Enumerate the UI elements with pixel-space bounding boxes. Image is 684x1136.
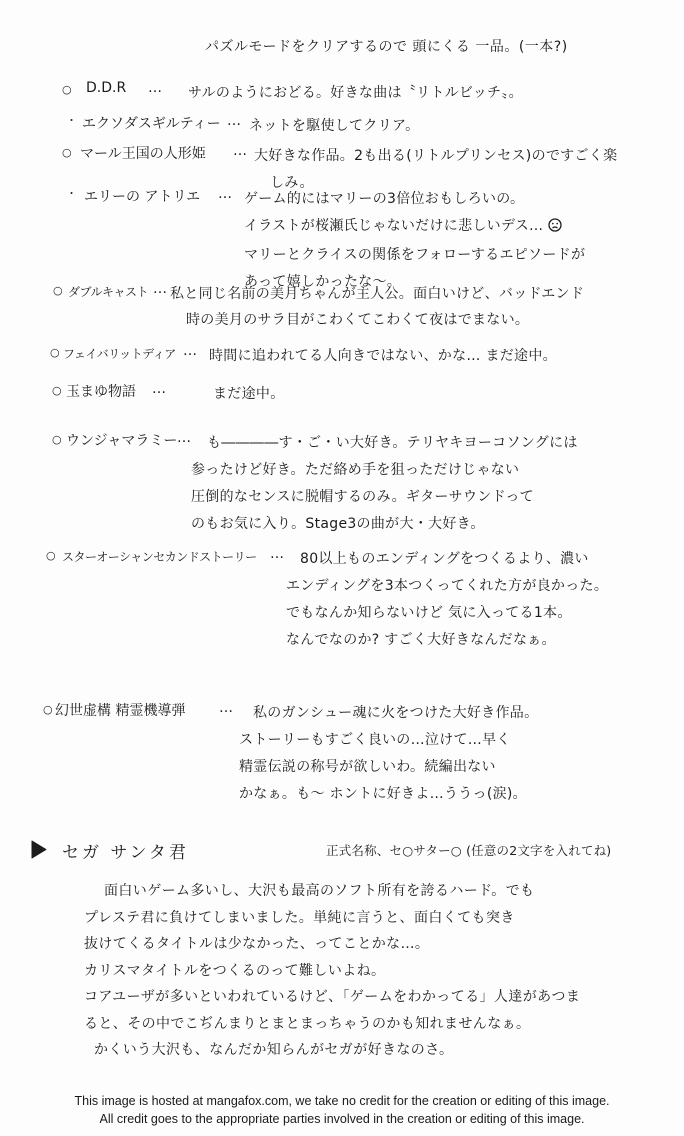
game-title: D.D.R: [86, 80, 126, 96]
game-comment-text: イラストが桜瀬氏じゃないだけに悲しいデス…: [244, 218, 543, 234]
game-comment-line: 精霊伝説の称号が欲しいわ。続編出ない: [239, 754, 538, 781]
game-comment-line: 時間に追われてる人向きではない、かな… まだ途中。: [209, 343, 557, 370]
game-comment-line: エンディングを3本つくってくれた方が良かった。: [286, 573, 608, 600]
game-comment-line: のもお気に入り。Stage3の曲が大・大好き。: [191, 511, 578, 538]
game-comment-line: マリーとクライスの関係をフォローするエピソードが: [244, 242, 585, 269]
section-marker-icon: [30, 840, 47, 863]
game-comment-line: 80以上ものエンディングをつくるより、濃い: [300, 546, 608, 573]
game-comment-line: なんでなのか? すごく大好きなんだなぁ。: [286, 627, 608, 654]
game-comment-line: ネットを駆使してクリア。: [249, 113, 419, 140]
game-comment-line: イラストが桜瀬氏じゃないだけに悲しいデス…: [244, 213, 585, 242]
game-comment-line: も――――す・ご・い大好き。テリヤキヨーコソングには: [207, 430, 578, 457]
bullet-marker: ○: [62, 83, 72, 97]
paragraph-line: かくいう大沢も、なんだか知らんがセガが好きなのさ。: [84, 1037, 659, 1064]
paragraph-line: ると、その中でこぢんまりとまとまっちゃうのかも知れませんなぁ。: [84, 1011, 659, 1038]
ellipsis: …: [218, 186, 234, 202]
ellipsis: …: [153, 281, 169, 297]
paragraph-line: プレステ君に負けてしまいました。単純に言うと、面白くても突き: [84, 905, 659, 932]
ellipsis: …: [227, 113, 243, 129]
game-comment-line: 参ったけど好き。ただ絡め手を狙っただけじゃない: [191, 457, 578, 484]
bullet-marker: ・: [66, 187, 77, 201]
game-title: 玉まゆ物語: [66, 381, 136, 401]
game-title: 幻世虚構 精霊機導弾: [55, 700, 185, 720]
game-comment-line: 私のガンシュー魂に火をつけた大好き作品。: [253, 700, 538, 727]
game-title: ウンジャマラミー: [66, 430, 177, 450]
bullet-marker: ○: [53, 284, 63, 298]
footer-credit-line-2: All credit goes to the appropriate parti…: [0, 1110, 684, 1128]
scanned-handwritten-page: パズルモードをクリアするので 頭にくる 一品。(一本?) ○ D.D.R … サ…: [0, 0, 684, 1136]
game-title: フェイバリットディア: [63, 345, 176, 362]
game-comment-line: サルのようにおどる。好きな曲は〝リトルビッチ〟。: [188, 80, 523, 107]
game-title: ダブルキャスト: [68, 283, 148, 300]
ellipsis: …: [148, 80, 164, 96]
game-title: マール王国の人形姫: [80, 143, 206, 163]
game-comment-line: 圧倒的なセンスに脱帽するのみ。ギターサウンドって: [191, 484, 578, 511]
game-title: エクソダスギルティー: [82, 113, 221, 133]
paragraph-line: 抜けてくるタイトルは少なかった、ってことかな…。: [84, 931, 659, 958]
sad-face-doodle-icon: [548, 215, 562, 242]
paragraph-line: 面白いゲーム多いし、大沢も最高のソフト所有を誇るハード。でも: [84, 878, 659, 905]
ellipsis: …: [233, 143, 249, 159]
hosting-credit-footer: This image is hosted at mangafox.com, we…: [0, 1092, 684, 1128]
bullet-marker: ○: [43, 703, 53, 717]
game-comment-line: 大好きな作品。2も出る(リトルプリンセス)のですごく楽: [254, 143, 617, 170]
bullet-marker: ○: [62, 146, 72, 160]
section-title-sega-santa: セガ サンタ君: [62, 838, 189, 863]
ellipsis: …: [183, 343, 199, 359]
game-title: エリーの アトリエ: [84, 186, 200, 206]
game-comment-line: ゲーム的にはマリーの3倍位おもしろいの。: [244, 186, 585, 213]
ellipsis: …: [219, 700, 235, 716]
paragraph-line: コアユーザが多いといわれているけど、「ゲームをわかってる」人達があつま: [84, 984, 659, 1011]
official-name-note: 正式名称、セ○サター○ (任意の2文字を入れてね): [326, 841, 611, 859]
paragraph-line: カリスマタイトルをつくるのって難しいよね。: [84, 958, 659, 985]
game-comment-line: まだ途中。: [213, 381, 285, 408]
ellipsis: …: [270, 546, 286, 562]
game-comment-line: 時の美月のサラ目がこわくてこわくて夜はでまない。: [186, 307, 584, 333]
game-comment-line: 私と同じ名前の美月ちゃんが主人公。面白いけど、バッドエンド: [170, 281, 584, 307]
game-title: スターオーシャンセカンドストーリー: [62, 548, 257, 565]
game-comment-line: ストーリーもすごく良いの…泣けて…早く: [239, 727, 538, 754]
ellipsis: …: [152, 381, 168, 397]
bullet-marker: ・: [66, 114, 77, 128]
game-comment-line: でもなんか知らないけど 気に入ってる1本。: [286, 600, 608, 627]
bullet-marker: ○: [50, 346, 60, 360]
bullet-marker: ○: [52, 433, 62, 447]
bullet-marker: ○: [46, 549, 56, 563]
game-comment-line: かなぁ。も〜 ホントに好きよ…ううっ(涙)。: [239, 781, 538, 808]
section-paragraph: 面白いゲーム多いし、大沢も最高のソフト所有を誇るハード。でも プレステ君に負けて…: [84, 878, 659, 1064]
bullet-marker: ○: [52, 384, 62, 398]
top-note: パズルモードをクリアするので 頭にくる 一品。(一本?): [205, 36, 568, 56]
footer-credit-line-1: This image is hosted at mangafox.com, we…: [0, 1092, 684, 1110]
